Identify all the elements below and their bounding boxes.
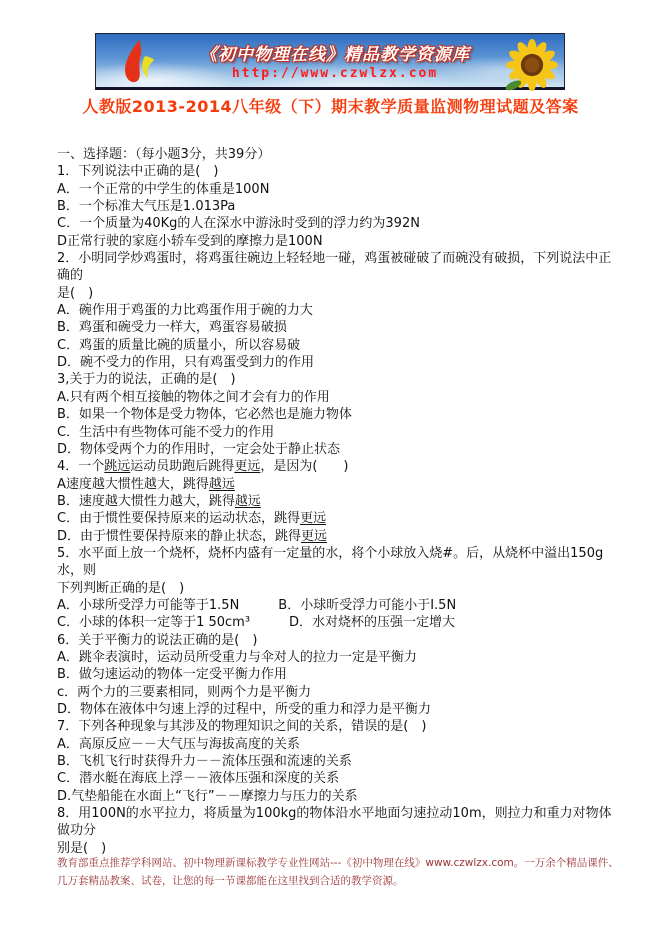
- text-line: A．小球所受浮力可能等于1.5N B．小球昕受浮力可能小于I.5N: [57, 597, 622, 614]
- question-lines: 一、选择题：（每小题3分，共39分）1．下列说法中正确的是( )A．一个正常的中…: [57, 146, 622, 857]
- text-line: 下列判断正确的是( ): [57, 580, 622, 597]
- footer-line-1: 教育部重点推荐学科网站、初中物理新课标教学专业性网站---《初中物理在线》www…: [57, 854, 632, 872]
- text-line: B．做匀速运动的物体一定受平衡力作用: [57, 666, 622, 683]
- text-line: C．小球的体积一定等于1 50cm³ D．水对烧杯的压强一定增大: [57, 614, 622, 631]
- text-line: C．鸡蛋的质量比碗的质量小，所以容易破: [57, 337, 622, 354]
- text-line: C．由于惯性要保持原来的运动状态，跳得更远: [57, 510, 622, 527]
- text-line: D．物体受两个力的作用时，一定会处于静止状态: [57, 441, 622, 458]
- text-line: 3,关于力的说法，正确的是( ): [57, 371, 622, 388]
- text-line: 2．小明同学炒鸡蛋时，将鸡蛋往碗边上轻轻地一碰，鸡蛋被碰破了而碗没有破损，下列说…: [57, 250, 622, 285]
- text-line: A.只有两个相互接触的物体之间才会有力的作用: [57, 389, 622, 406]
- text-line: D．碗不受力的作用，只有鸡蛋受到力的作用: [57, 354, 622, 371]
- text-line: B．飞机飞行时获得升力－－流体压强和流速的关系: [57, 753, 622, 770]
- text-line: C．生活中有些物体可能不受力的作用: [57, 424, 622, 441]
- document-page: 《初中物理在线》精品教学资源库 http://www.czwlzx.com: [0, 0, 661, 936]
- text-line: B．鸡蛋和碗受力一样大，鸡蛋容易破损: [57, 319, 622, 336]
- text-line: 1．下列说法中正确的是( ): [57, 163, 622, 180]
- document-title: 人教版2013-2014八年级（下）期末教学质量监测物理试题及答案: [0, 94, 661, 117]
- site-url-link[interactable]: http://www.czwlzx.com: [156, 66, 514, 81]
- text-line: c．两个力的三要素相同，则两个力是平衡力: [57, 684, 622, 701]
- text-line: D.气垫船能在水面上“飞行”－－摩擦力与压力的关系: [57, 788, 622, 805]
- text-line: 一、选择题：（每小题3分，共39分）: [57, 146, 622, 163]
- text-line: 7．下列各种现象与其涉及的物理知识之间的关系，错误的是( ): [57, 718, 622, 735]
- text-line: 4．一个跳远运动员助跑后跳得更远，是因为( ): [57, 458, 622, 475]
- text-line: 是( ): [57, 285, 622, 302]
- text-line: 5．水平面上放一个烧杯，烧杯内盛有一定量的水，将个小球放入烧#。后，从烧杯中溢出…: [57, 545, 622, 580]
- text-line: D．物体在液体中匀速上浮的过程中，所受的重力和浮力是平衡力: [57, 701, 622, 718]
- text-line: A．碗作用于鸡蛋的力比鸡蛋作用于碗的力大: [57, 302, 622, 319]
- text-line: D正常行驶的家庭小轿车受到的摩擦力是100N: [57, 233, 622, 250]
- site-banner: 《初中物理在线》精品教学资源库 http://www.czwlzx.com: [95, 33, 565, 90]
- text-line: A．跳伞表演时，运动员所受重力与伞对人的拉力一定是平衡力: [57, 649, 622, 666]
- text-line: A．高原反应－－大气压与海拔高度的关系: [57, 736, 622, 753]
- text-line: 6．关于平衡力的说法正确的是( ): [57, 632, 622, 649]
- text-line: A．一个正常的中学生的体重是100N: [57, 181, 622, 198]
- flame-logo-icon: [112, 38, 170, 88]
- text-line: B．如果一个物体是受力物体，它必然也是施力物体: [57, 406, 622, 423]
- text-line: C．潜水艇在海底上浮－－液体压强和深度的关系: [57, 770, 622, 787]
- text-line: B．一个标准大气压是1.013Pa: [57, 198, 622, 215]
- site-name: 《初中物理在线》精品教学资源库: [156, 40, 514, 65]
- sunflower-icon: [504, 39, 560, 91]
- text-line: C．一个质量为40Kg的人在深水中游泳时受到的浮力约为392N: [57, 215, 622, 232]
- text-line: D．由于惯性要保持原来的静止状态，跳得更远: [57, 528, 622, 545]
- text-line: A速度越大惯性越大，跳得越远: [57, 476, 622, 493]
- footer-line-2: 几万套精品教案、试卷，让您的每一节课都能在这里找到合适的教学资源。: [57, 872, 632, 890]
- text-line: B．速度越大惯性力越大，跳得越远: [57, 493, 622, 510]
- footer: 教育部重点推荐学科网站、初中物理新课标教学专业性网站---《初中物理在线》www…: [57, 854, 632, 890]
- text-line: 8．用100N的水平拉力，将质量为100kg的物体沿水平地面匀速拉动10m，则拉…: [57, 805, 622, 840]
